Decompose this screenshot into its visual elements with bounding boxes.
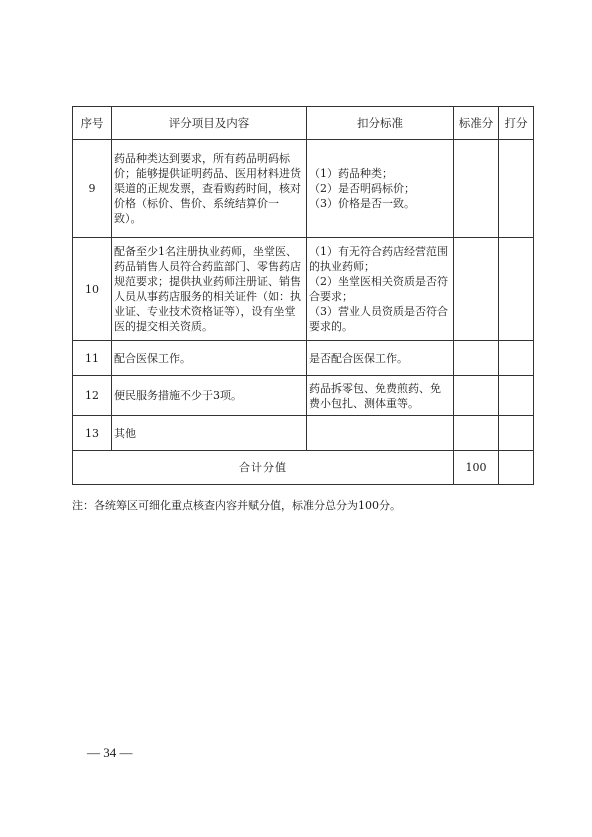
- row-item: 配合医保工作。: [112, 341, 307, 376]
- header-score: 打分: [499, 107, 534, 140]
- row-criteria: （1）药品种类； （2）是否明码标价； （3）价格是否一致。: [307, 140, 454, 238]
- row-standard-score: [454, 416, 499, 451]
- footnote: 注：各统筹区可细化重点核查内容并赋分值，标准分总分为100分。: [72, 497, 401, 513]
- criteria-line: （3）营业人员资质是否符合要求的。: [309, 304, 451, 334]
- header-standard-score: 标准分: [454, 107, 499, 140]
- row-standard-score: [454, 376, 499, 416]
- criteria-line: （2）是否明码标价；: [309, 181, 451, 196]
- row-score-cell: [499, 416, 534, 451]
- row-criteria: 是否配合医保工作。: [307, 341, 454, 376]
- table-row: 13 其他: [73, 416, 534, 451]
- table-row: 9 药品种类达到要求，所有药品明码标价；能够提供证明药品、医用材料进货渠道的正规…: [73, 140, 534, 238]
- row-number: 9: [73, 140, 112, 238]
- total-score-cell: [499, 451, 534, 485]
- header-criteria: 扣分标准: [307, 107, 454, 140]
- row-criteria: [307, 416, 454, 451]
- row-number: 12: [73, 376, 112, 416]
- criteria-line: （3）价格是否一致。: [309, 196, 451, 211]
- row-criteria: 药品拆零包、免费煎药、免费小包扎、测体重等。: [307, 376, 454, 416]
- row-item: 其他: [112, 416, 307, 451]
- row-number: 10: [73, 238, 112, 341]
- criteria-line: （2）坐堂医相关资质是否符合要求；: [309, 274, 451, 304]
- criteria-line: （1）药品种类；: [309, 166, 451, 181]
- scoring-table: 序号 评分项目及内容 扣分标准 标准分 打分 9 药品种类达到要求，所有药品明码…: [72, 106, 534, 485]
- row-standard-score: [454, 140, 499, 238]
- row-score-cell: [499, 238, 534, 341]
- table-row: 12 便民服务措施不少于3项。 药品拆零包、免费煎药、免费小包扎、测体重等。: [73, 376, 534, 416]
- header-no: 序号: [73, 107, 112, 140]
- row-item: 配备至少1名注册执业药师，坐堂医、药品销售人员符合药监部门、零售药店规范要求；提…: [112, 238, 307, 341]
- row-standard-score: [454, 238, 499, 341]
- header-item: 评分项目及内容: [112, 107, 307, 140]
- row-score-cell: [499, 376, 534, 416]
- row-score-cell: [499, 341, 534, 376]
- criteria-line: 药品拆零包、免费煎药、免费小包扎、测体重等。: [309, 381, 451, 411]
- total-standard-score: 100: [454, 451, 499, 485]
- row-standard-score: [454, 341, 499, 376]
- table-header-row: 序号 评分项目及内容 扣分标准 标准分 打分: [73, 107, 534, 140]
- row-number: 13: [73, 416, 112, 451]
- page-number: — 34 —: [87, 745, 133, 761]
- row-score-cell: [499, 140, 534, 238]
- criteria-line: （1）有无符合药店经营范围的执业药师；: [309, 244, 451, 274]
- row-criteria: （1）有无符合药店经营范围的执业药师； （2）坐堂医相关资质是否符合要求； （3…: [307, 238, 454, 341]
- total-row: 合计分值 100: [73, 451, 534, 485]
- row-number: 11: [73, 341, 112, 376]
- table-row: 10 配备至少1名注册执业药师，坐堂医、药品销售人员符合药监部门、零售药店规范要…: [73, 238, 534, 341]
- total-label: 合计分值: [73, 451, 454, 485]
- row-item: 药品种类达到要求，所有药品明码标价；能够提供证明药品、医用材料进货渠道的正规发票…: [112, 140, 307, 238]
- row-item: 便民服务措施不少于3项。: [112, 376, 307, 416]
- criteria-line: 是否配合医保工作。: [309, 351, 451, 366]
- table-row: 11 配合医保工作。 是否配合医保工作。: [73, 341, 534, 376]
